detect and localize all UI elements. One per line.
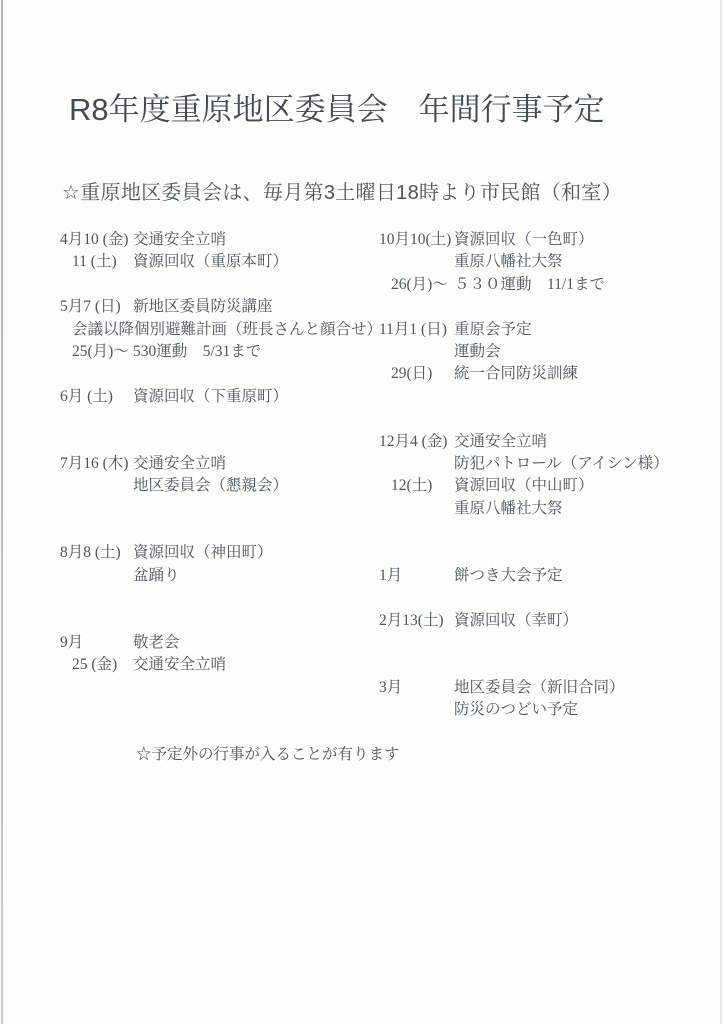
schedule-line: 11月1 (日)重原会予定 <box>379 319 719 341</box>
schedule-line: 7月16 (木)交通安全立哨 <box>60 453 400 475</box>
date-label <box>60 610 133 632</box>
event-text: 交通安全立哨 <box>133 229 226 251</box>
event-text: 盆踊り <box>133 565 180 587</box>
schedule-line: 4月10 (金)交通安全立哨 <box>60 229 400 251</box>
schedule-line <box>60 520 400 542</box>
event-text: 餅つき大会予定 <box>454 565 563 587</box>
date-label: 2月13(土) <box>379 610 454 632</box>
event-text: 資源回収（中山町） <box>454 475 594 497</box>
schedule-line <box>60 274 400 296</box>
schedule-line: 1月餅つき大会予定 <box>379 565 719 587</box>
schedule-line <box>60 587 400 609</box>
date-label: 12(土) <box>379 475 454 497</box>
schedule-line: 11 (土)資源回収（重原本町） <box>60 251 400 273</box>
date-label: 9月 <box>60 632 133 654</box>
date-label <box>379 453 454 475</box>
schedule-line <box>379 654 719 676</box>
schedule-line: 盆踊り <box>60 565 400 587</box>
date-label: 会議以降 <box>60 319 134 341</box>
schedule-line: 重原八幡社大祭 <box>379 251 719 273</box>
date-label: 6月 (土) <box>60 386 133 408</box>
date-label <box>60 431 133 453</box>
schedule-line: 12月4 (金)交通安全立哨 <box>379 431 719 453</box>
date-label <box>379 520 454 542</box>
date-label: 26(月)～ <box>379 274 454 296</box>
event-text: 交通安全立哨 <box>454 431 547 453</box>
schedule-line <box>60 431 400 453</box>
schedule-line <box>60 610 400 632</box>
event-text: 資源回収（下重原町） <box>133 386 288 408</box>
page-title: R8年度重原地区委員会 年間行事予定 <box>69 84 605 129</box>
date-label <box>379 699 454 721</box>
schedule-line: 5月7 (日)新地区委員防災講座 <box>60 296 400 318</box>
date-label: 7月16 (木) <box>60 453 133 475</box>
event-text: 重原八幡社大祭 <box>454 251 563 273</box>
event-text: 資源回収（幸町） <box>454 610 578 632</box>
event-text: 新地区委員防災講座 <box>133 296 273 318</box>
date-label: 1月 <box>379 565 454 587</box>
date-label <box>60 587 133 609</box>
date-label <box>60 408 133 430</box>
date-label: 3月 <box>379 677 454 699</box>
date-label <box>379 632 454 654</box>
date-label <box>379 654 454 676</box>
schedule-line <box>379 542 719 564</box>
event-text: 防犯パトロール（アイシン様） <box>454 453 669 475</box>
date-label <box>379 587 454 609</box>
schedule-line: 地区委員会（懇親会） <box>60 475 400 497</box>
event-text: 資源回収（神田町） <box>133 542 273 564</box>
date-label <box>60 565 133 587</box>
event-text: 重原会予定 <box>454 319 532 341</box>
event-text: 敬老会 <box>133 632 180 654</box>
date-label <box>379 542 454 564</box>
event-text: 交通安全立哨 <box>133 453 226 475</box>
event-text: 資源回収（重原本町） <box>133 251 288 273</box>
schedule-line: 会議以降個別避難計画（班長さんと顔合せ） <box>60 319 400 341</box>
schedule-line: 26(月)～５３０運動 11/1まで <box>379 274 719 296</box>
schedule-line <box>379 520 719 542</box>
event-text: 地区委員会（懇親会） <box>133 475 288 497</box>
event-text: 運動会 <box>454 341 501 363</box>
schedule-line <box>60 498 400 520</box>
schedule-line: 防犯パトロール（アイシン様） <box>379 453 719 475</box>
schedule-line <box>379 386 719 408</box>
date-label <box>379 386 454 408</box>
event-text: 統一合同防災訓練 <box>454 363 578 385</box>
schedule-line <box>379 587 719 609</box>
date-label: 11 (土) <box>60 251 133 273</box>
schedule-line: 25 (金)交通安全立哨 <box>60 654 400 676</box>
date-label: 8月8 (土) <box>60 542 133 564</box>
event-text: 防災のつどい予定 <box>454 699 578 721</box>
date-label: 29(日) <box>379 363 454 385</box>
schedule-line: 運動会 <box>379 341 719 363</box>
date-label <box>60 498 133 520</box>
date-label <box>60 363 133 385</box>
date-label: 25(月)～ <box>60 341 133 363</box>
date-label: 25 (金) <box>60 654 133 676</box>
event-text: 重原八幡社大祭 <box>454 498 563 520</box>
date-label: 5月7 (日) <box>60 296 133 318</box>
date-label: 4月10 (金) <box>60 229 133 251</box>
date-label <box>60 520 133 542</box>
date-label <box>379 341 454 363</box>
schedule-line: 9月敬老会 <box>60 632 400 654</box>
scan-edge-left <box>1 0 3 1024</box>
scan-edge-right <box>720 0 722 1024</box>
footnote: ☆予定外の行事が入ることが有ります <box>136 744 400 766</box>
event-text: ５３０運動 11/1まで <box>454 274 605 296</box>
meeting-schedule-note: ☆重原地区委員会は、毎月第3土曜日18時より市民館（和室） <box>62 176 622 205</box>
schedule-line: 29(日)統一合同防災訓練 <box>379 363 719 385</box>
schedule-line <box>60 408 400 430</box>
schedule-line <box>60 363 400 385</box>
date-label <box>60 475 133 497</box>
date-label <box>379 408 454 430</box>
event-text: 地区委員会（新旧合同） <box>454 677 625 699</box>
schedule-line <box>379 632 719 654</box>
event-text: 資源回収（一色町） <box>454 229 594 251</box>
schedule-line: 25(月)～530運動 5/31まで <box>60 341 400 363</box>
schedule-line: 8月8 (土)資源回収（神田町） <box>60 542 400 564</box>
schedule-line: 3月地区委員会（新旧合同） <box>379 677 719 699</box>
event-text: 個別避難計画（班長さんと顔合せ） <box>134 319 382 341</box>
schedule-line: 10月10(土)資源回収（一色町） <box>379 229 719 251</box>
date-label: 10月10(土) <box>379 229 454 251</box>
schedule-line: 重原八幡社大祭 <box>379 498 719 520</box>
schedule-line: 6月 (土)資源回収（下重原町） <box>60 386 400 408</box>
event-text: 530運動 5/31まで <box>133 341 261 363</box>
schedule-right-column: 10月10(土)資源回収（一色町）重原八幡社大祭26(月)～５３０運動 11/1… <box>379 229 719 722</box>
schedule-line: 防災のつどい予定 <box>379 699 719 721</box>
date-label <box>379 251 454 273</box>
schedule-line: 12(土)資源回収（中山町） <box>379 475 719 497</box>
schedule-line <box>379 296 719 318</box>
date-label: 12月4 (金) <box>379 431 454 453</box>
schedule-line <box>379 408 719 430</box>
schedule-line: 2月13(土)資源回収（幸町） <box>379 610 719 632</box>
date-label <box>379 296 454 318</box>
date-label <box>379 498 454 520</box>
date-label <box>60 274 133 296</box>
date-label: 11月1 (日) <box>379 319 454 341</box>
schedule-left-column: 4月10 (金)交通安全立哨11 (土)資源回収（重原本町）5月7 (日)新地区… <box>60 229 400 677</box>
event-text: 交通安全立哨 <box>133 654 226 676</box>
